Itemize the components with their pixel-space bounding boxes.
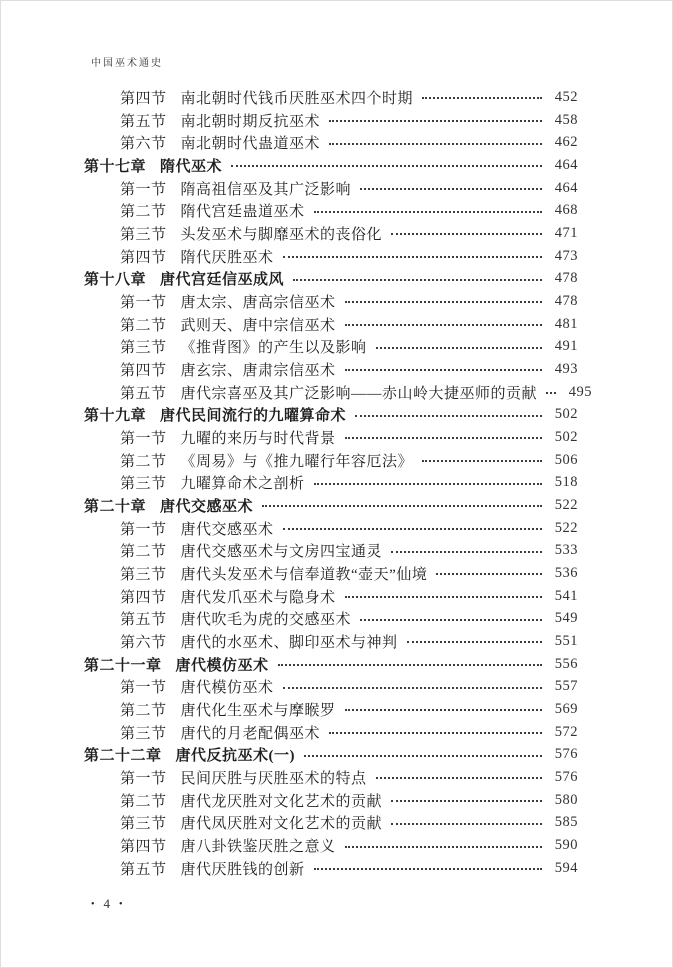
leader-dots xyxy=(314,483,542,485)
toc-entry-page-number: 549 xyxy=(550,610,578,627)
toc-entry-label: 第二节 xyxy=(120,450,167,471)
toc-entry: 第二十一章 唐代模仿巫术 556 xyxy=(84,653,578,676)
toc-entry: 第五节 南北朝时期反抗巫术 458 xyxy=(84,109,578,132)
toc-entry-title: 唐代的月老配偶巫术 xyxy=(181,722,321,743)
toc-entry-label: 第二节 xyxy=(120,540,167,561)
toc-entry-page-number: 458 xyxy=(550,112,578,129)
toc-entry: 第一节 民间厌胜与厌胜巫术的特点 576 xyxy=(84,766,578,789)
toc-entry-page-number: 502 xyxy=(550,406,578,423)
toc-entry-title: 南北朝时代钱币厌胜巫术四个时期 xyxy=(181,87,414,108)
toc-entry: 第一节 隋高祖信巫及其广泛影响 464 xyxy=(84,177,578,200)
leader-dots xyxy=(422,460,542,462)
toc-entry-title: 唐代宫廷信巫成风 xyxy=(160,268,284,289)
toc-entry-page-number: 464 xyxy=(550,157,578,174)
toc-entry-page-number: 572 xyxy=(550,724,578,741)
toc-entry-page-number: 495 xyxy=(564,384,592,401)
toc-entry: 第四节 南北朝时代钱币厌胜巫术四个时期 452 xyxy=(84,86,578,109)
toc-entry-page-number: 452 xyxy=(550,89,578,106)
toc-entry: 第二节 唐代化生巫术与摩睺罗 569 xyxy=(84,698,578,721)
toc-entry-label: 第四节 xyxy=(120,87,167,108)
running-header-title: 中国巫术通史 xyxy=(91,54,163,69)
toc-entry-title: 南北朝时代蛊道巫术 xyxy=(181,132,321,153)
leader-dots xyxy=(314,868,542,870)
leader-dots xyxy=(283,256,542,258)
leader-dots xyxy=(283,687,542,689)
toc-entry-label: 第一节 xyxy=(120,676,167,697)
toc-entry-label: 第二十一章 xyxy=(84,654,162,675)
toc-entry-page-number: 478 xyxy=(550,293,578,310)
toc-entry-title: 唐代凤厌胜对文化艺术的贡献 xyxy=(181,812,383,833)
leader-dots xyxy=(345,709,542,711)
toc-entry-page-number: 462 xyxy=(550,134,578,151)
toc-entry-page-number: 471 xyxy=(550,225,578,242)
book-page: 中国巫术通史 第四节 南北朝时代钱币厌胜巫术四个时期 452 第五节 南北朝时期… xyxy=(0,0,673,968)
leader-dots xyxy=(345,369,542,371)
toc-entry: 第二十章 唐代交感巫术 522 xyxy=(84,494,578,517)
toc-entry-title: 唐代民间流行的九曜算命术 xyxy=(160,404,346,425)
leader-dots xyxy=(360,188,542,190)
toc-entry-title: 唐代厌胜钱的创新 xyxy=(181,858,305,879)
leader-dots xyxy=(407,641,542,643)
toc-entry-label: 第四节 xyxy=(120,835,167,856)
leader-dots xyxy=(283,528,542,530)
toc-entry-title: 唐代发爪巫术与隐身术 xyxy=(181,586,336,607)
toc-entry-title: 《推背图》的产生以及影响 xyxy=(181,336,367,357)
toc-entry-label: 第一节 xyxy=(120,291,167,312)
toc-entry-page-number: 522 xyxy=(550,497,578,514)
toc-entry-title: 唐代交感巫术与文房四宝通灵 xyxy=(181,540,383,561)
toc-entry-label: 第四节 xyxy=(120,246,167,267)
folio-dot-right: • xyxy=(119,899,123,910)
toc-entry-page-number: 473 xyxy=(550,248,578,265)
toc-entry-label: 第五节 xyxy=(120,608,167,629)
leader-dots xyxy=(262,505,542,507)
toc-entry-label: 第三节 xyxy=(120,223,167,244)
toc-entry: 第一节 唐太宗、唐高宗信巫术 478 xyxy=(84,290,578,313)
toc-entry: 第五节 唐代厌胜钱的创新 594 xyxy=(84,857,578,880)
toc-entry-page-number: 464 xyxy=(550,180,578,197)
toc-entry-page-number: 468 xyxy=(550,202,578,219)
leader-dots xyxy=(391,551,542,553)
toc-entry-label: 第五节 xyxy=(120,858,167,879)
toc-entry-title: 唐代龙厌胜对文化艺术的贡献 xyxy=(181,790,383,811)
leader-dots xyxy=(355,415,542,417)
leader-dots xyxy=(345,596,542,598)
leader-dots xyxy=(546,392,556,394)
leader-dots xyxy=(391,823,542,825)
toc-entry-page-number: 580 xyxy=(550,792,578,809)
toc-entry-title: 唐代化生巫术与摩睺罗 xyxy=(181,699,336,720)
toc-entry-title: 隋高祖信巫及其广泛影响 xyxy=(181,178,352,199)
leader-dots xyxy=(376,347,542,349)
toc-entry-title: 九曜算命术之剖析 xyxy=(181,472,305,493)
leader-dots xyxy=(278,664,542,666)
toc-entry: 第十八章 唐代宫廷信巫成风 478 xyxy=(84,267,578,290)
toc-entry-label: 第三节 xyxy=(120,563,167,584)
toc-entry-title: 唐玄宗、唐肃宗信巫术 xyxy=(181,359,336,380)
toc-entry: 第二节 《周易》与《推九曜行年容厄法》 506 xyxy=(84,449,578,472)
toc-entry: 第四节 隋代厌胜巫术 473 xyxy=(84,245,578,268)
toc-entry-page-number: 541 xyxy=(550,588,578,605)
toc-entry-label: 第四节 xyxy=(120,586,167,607)
toc-entry: 第一节 唐代模仿巫术 557 xyxy=(84,675,578,698)
leader-dots xyxy=(376,777,542,779)
toc-entry-page-number: 590 xyxy=(550,837,578,854)
toc-entry: 第四节 唐八卦铁鉴厌胜之意义 590 xyxy=(84,834,578,857)
toc-entry-page-number: 506 xyxy=(550,452,578,469)
toc-entry-label: 第二十章 xyxy=(84,495,146,516)
toc-entry-page-number: 557 xyxy=(550,678,578,695)
toc-entry-label: 第十七章 xyxy=(84,155,146,176)
toc-entry-title: 南北朝时期反抗巫术 xyxy=(181,110,321,131)
toc-entry-title: 唐代模仿巫术 xyxy=(176,654,269,675)
leader-dots xyxy=(345,324,542,326)
toc-entry-label: 第二节 xyxy=(120,200,167,221)
toc-entry-page-number: 502 xyxy=(550,429,578,446)
toc-entry-page-number: 569 xyxy=(550,701,578,718)
toc-entry-title: 唐代反抗巫术(一) xyxy=(176,744,296,765)
leader-dots xyxy=(329,732,542,734)
toc-entry-label: 第一节 xyxy=(120,427,167,448)
toc-entry: 第三节 唐代的月老配偶巫术 572 xyxy=(84,721,578,744)
toc-entry-page-number: 481 xyxy=(550,316,578,333)
toc-entry-title: 头发巫术与脚靡巫术的丧俗化 xyxy=(181,223,383,244)
toc-entry-page-number: 536 xyxy=(550,565,578,582)
toc-entry-label: 第二节 xyxy=(120,790,167,811)
toc-entry-title: 唐八卦铁鉴厌胜之意义 xyxy=(181,835,336,856)
toc-entry-label: 第二节 xyxy=(120,314,167,335)
toc-entry-label: 第三节 xyxy=(120,336,167,357)
toc-entry: 第十九章 唐代民间流行的九曜算命术 502 xyxy=(84,403,578,426)
toc-entry: 第六节 唐代的水巫术、脚印巫术与神判 551 xyxy=(84,630,578,653)
toc-entry-label: 第四节 xyxy=(120,359,167,380)
toc-entry-label: 第十八章 xyxy=(84,268,146,289)
toc-entry-page-number: 491 xyxy=(550,338,578,355)
leader-dots xyxy=(304,755,542,757)
toc-entry-title: 唐代交感巫术 xyxy=(160,495,253,516)
toc-entry-title: 九曜的来历与时代背景 xyxy=(181,427,336,448)
toc-entry-label: 第二节 xyxy=(120,699,167,720)
toc-entry: 第十七章 隋代巫术 464 xyxy=(84,154,578,177)
toc-entry-page-number: 585 xyxy=(550,814,578,831)
toc-entry-title: 唐代的水巫术、脚印巫术与神判 xyxy=(181,631,398,652)
folio-dot-left: • xyxy=(91,899,95,910)
toc-entry-title: 唐代模仿巫术 xyxy=(181,676,274,697)
toc-entry-page-number: 478 xyxy=(550,270,578,287)
toc-entry-page-number: 594 xyxy=(550,860,578,877)
toc-entry-label: 第三节 xyxy=(120,722,167,743)
toc-entry-page-number: 533 xyxy=(550,542,578,559)
toc-list: 第四节 南北朝时代钱币厌胜巫术四个时期 452 第五节 南北朝时期反抗巫术 45… xyxy=(84,86,578,880)
toc-entry-label: 第六节 xyxy=(120,132,167,153)
toc-entry-label: 第一节 xyxy=(120,178,167,199)
toc-entry: 第三节 唐代头发巫术与信奉道教“壶天”仙境 536 xyxy=(84,562,578,585)
toc-entry-label: 第一节 xyxy=(120,518,167,539)
toc-entry-page-number: 576 xyxy=(550,769,578,786)
leader-dots xyxy=(345,846,542,848)
leader-dots xyxy=(329,143,542,145)
toc-entry: 第六节 南北朝时代蛊道巫术 462 xyxy=(84,131,578,154)
leader-dots xyxy=(391,233,542,235)
toc-entry-page-number: 518 xyxy=(550,474,578,491)
toc-entry-label: 第三节 xyxy=(120,472,167,493)
leader-dots xyxy=(345,437,542,439)
toc-entry-page-number: 493 xyxy=(550,361,578,378)
toc-entry-label: 第二十二章 xyxy=(84,744,162,765)
toc-entry: 第三节 《推背图》的产生以及影响 491 xyxy=(84,335,578,358)
toc-entry-label: 第五节 xyxy=(120,382,167,403)
folio-page-number: 4 xyxy=(104,896,111,912)
toc-entry: 第三节 九曜算命术之剖析 518 xyxy=(84,471,578,494)
toc-entry-page-number: 551 xyxy=(550,633,578,650)
toc-entry: 第二节 隋代宫廷蛊道巫术 468 xyxy=(84,199,578,222)
toc-entry-label: 第六节 xyxy=(120,631,167,652)
leader-dots xyxy=(360,619,542,621)
toc-entry: 第二节 唐代龙厌胜对文化艺术的贡献 580 xyxy=(84,789,578,812)
toc-entry: 第四节 唐玄宗、唐肃宗信巫术 493 xyxy=(84,358,578,381)
page-footer: • 4 • xyxy=(91,896,123,912)
toc-entry-page-number: 576 xyxy=(550,746,578,763)
leader-dots xyxy=(231,165,542,167)
toc-entry-title: 隋代厌胜巫术 xyxy=(181,246,274,267)
leader-dots xyxy=(329,120,542,122)
toc-entry-title: 武则天、唐中宗信巫术 xyxy=(181,314,336,335)
leader-dots xyxy=(345,301,542,303)
toc-entry-label: 第三节 xyxy=(120,812,167,833)
leader-dots xyxy=(391,800,542,802)
toc-entry-title: 唐代宗喜巫及其广泛影响——赤山岭大捷巫师的贡献 xyxy=(181,382,538,403)
toc-entry: 第二节 武则天、唐中宗信巫术 481 xyxy=(84,313,578,336)
leader-dots xyxy=(314,211,542,213)
toc-entry-title: 隋代巫术 xyxy=(160,155,222,176)
leader-dots xyxy=(422,97,542,99)
toc-entry-label: 第一节 xyxy=(120,767,167,788)
toc-entry-title: 唐代交感巫术 xyxy=(181,518,274,539)
toc-entry: 第三节 唐代凤厌胜对文化艺术的贡献 585 xyxy=(84,812,578,835)
toc-entry-page-number: 522 xyxy=(550,520,578,537)
toc-entry: 第五节 唐代宗喜巫及其广泛影响——赤山岭大捷巫师的贡献 495 xyxy=(84,381,578,404)
toc-entry-title: 《周易》与《推九曜行年容厄法》 xyxy=(181,450,414,471)
toc-entry-label: 第十九章 xyxy=(84,404,146,425)
leader-dots xyxy=(293,279,542,281)
toc-entry: 第三节 头发巫术与脚靡巫术的丧俗化 471 xyxy=(84,222,578,245)
toc-entry: 第二节 唐代交感巫术与文房四宝通灵 533 xyxy=(84,539,578,562)
toc-entry: 第一节 九曜的来历与时代背景 502 xyxy=(84,426,578,449)
toc-entry-label: 第五节 xyxy=(120,110,167,131)
toc-entry-title: 民间厌胜与厌胜巫术的特点 xyxy=(181,767,367,788)
toc-entry-page-number: 556 xyxy=(550,656,578,673)
toc-entry: 第二十二章 唐代反抗巫术(一) 576 xyxy=(84,743,578,766)
toc-entry-title: 唐代吹毛为虎的交感巫术 xyxy=(181,608,352,629)
toc-entry: 第一节 唐代交感巫术 522 xyxy=(84,517,578,540)
toc-entry-title: 唐代头发巫术与信奉道教“壶天”仙境 xyxy=(181,563,428,584)
toc-entry: 第五节 唐代吹毛为虎的交感巫术 549 xyxy=(84,607,578,630)
toc-entry-title: 唐太宗、唐高宗信巫术 xyxy=(181,291,336,312)
toc-entry-title: 隋代宫廷蛊道巫术 xyxy=(181,200,305,221)
leader-dots xyxy=(436,573,542,575)
toc-entry: 第四节 唐代发爪巫术与隐身术 541 xyxy=(84,585,578,608)
